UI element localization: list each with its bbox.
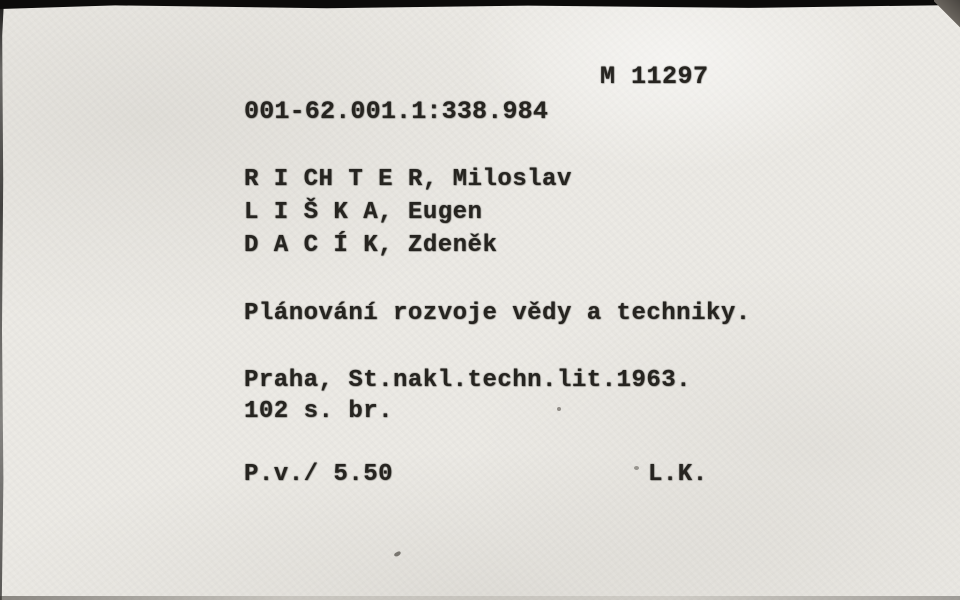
title-line: Plánování rozvoje vědy a techniky. — [244, 300, 751, 327]
paper-speck — [557, 407, 561, 411]
price-notation: P.v./ 5.50 — [244, 461, 393, 488]
cataloguer-initials: L.K. — [648, 461, 708, 488]
paper-speck — [634, 466, 639, 470]
author-line: D A C Í K, Zdeněk — [244, 232, 497, 259]
catalog-card-scan: M 11297 001-62.001.1:338.984 R I CH T E … — [0, 0, 960, 600]
imprint-line: Praha, St.nakl.techn.lit.1963. — [244, 367, 691, 394]
collation-line: 102 s. br. — [244, 398, 393, 425]
author-line: R I CH T E R, Miloslav — [244, 166, 572, 193]
accession-number: M 11297 — [600, 62, 709, 91]
scan-edge-top — [0, 0, 960, 9]
author-line: L I Š K A, Eugen — [244, 199, 482, 226]
paper-speck — [393, 551, 401, 558]
scan-edge-bottom — [0, 596, 960, 600]
scan-edge-left — [0, 0, 4, 600]
classification-number: 001-62.001.1:338.984 — [244, 97, 548, 126]
scan-corner-mark — [934, 0, 960, 34]
